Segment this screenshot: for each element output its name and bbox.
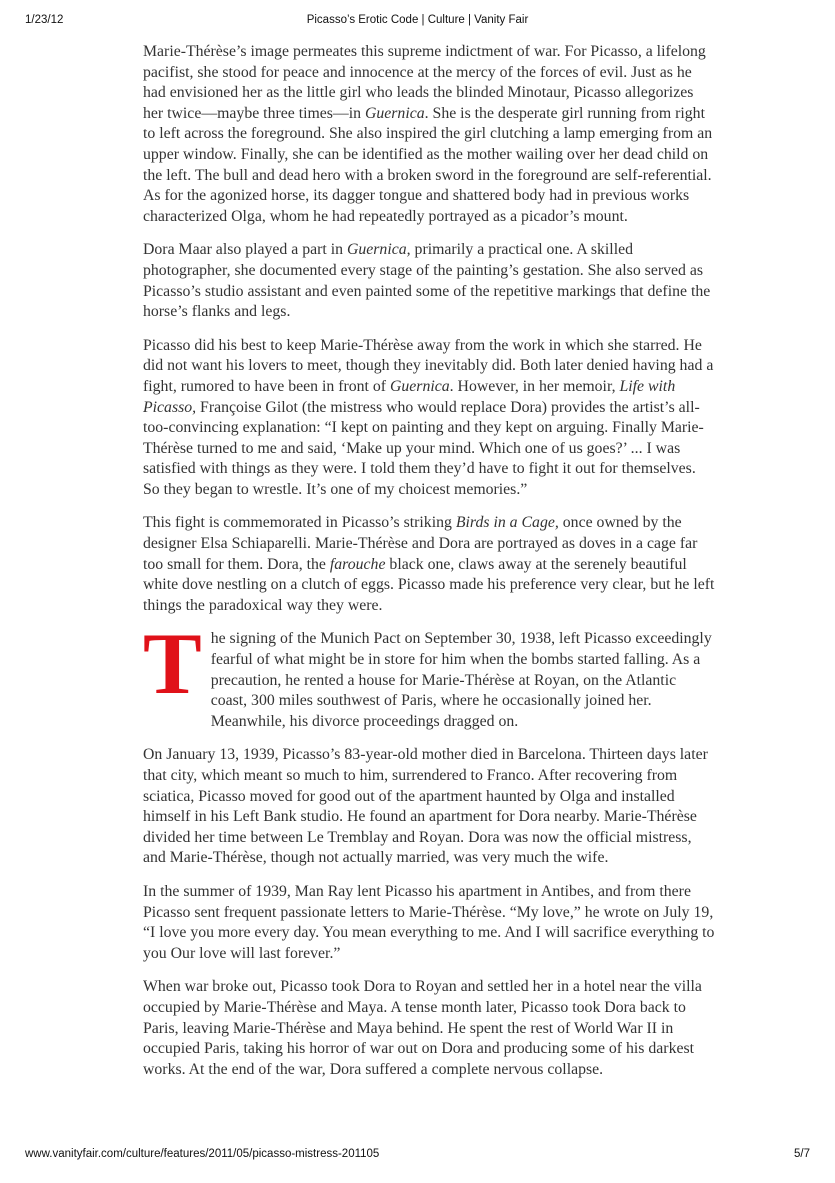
- article-paragraph: This fight is commemorated in Picasso’s …: [143, 513, 715, 616]
- text-segment: Françoise Gilot (the mistress who would …: [143, 399, 704, 498]
- italic-text-segment: farouche: [330, 556, 386, 573]
- header-title: Picasso’s Erotic Code | Culture | Vanity…: [25, 14, 810, 26]
- header-date: 1/23/12: [25, 14, 63, 26]
- article-paragraph: Dora Maar also played a part in Guernica…: [143, 240, 715, 322]
- italic-text-segment: Guernica,: [347, 241, 411, 258]
- text-segment: he signing of the Munich Pact on Septemb…: [211, 630, 712, 729]
- text-segment: . She is the desperate girl running from…: [143, 105, 712, 225]
- print-preview-page: 1/23/12 Picasso’s Erotic Code | Culture …: [0, 0, 835, 1183]
- article-paragraph: The signing of the Munich Pact on Septem…: [143, 629, 715, 732]
- italic-text-segment: Guernica: [365, 105, 425, 122]
- article-paragraph: Picasso did his best to keep Marie-Thérè…: [143, 336, 715, 501]
- text-segment: . However, in her memoir,: [450, 378, 620, 395]
- page-footer: www.vanityfair.com/culture/features/2011…: [25, 1148, 810, 1162]
- footer-page-number: 5/7: [794, 1148, 810, 1160]
- text-segment: This fight is commemorated in Picasso’s …: [143, 514, 456, 531]
- page-header: 1/23/12 Picasso’s Erotic Code | Culture …: [25, 14, 810, 30]
- italic-text-segment: Guernica: [390, 378, 450, 395]
- footer-url: www.vanityfair.com/culture/features/2011…: [25, 1148, 379, 1160]
- text-segment: In the summer of 1939, Man Ray lent Pica…: [143, 883, 714, 962]
- article-paragraph: On January 13, 1939, Picasso’s 83-year-o…: [143, 745, 715, 869]
- italic-text-segment: Birds in a Cage,: [456, 514, 559, 531]
- article-paragraph: When war broke out, Picasso took Dora to…: [143, 977, 715, 1080]
- article-paragraph: Marie-Thérèse’s image permeates this sup…: [143, 42, 715, 227]
- text-segment: Dora Maar also played a part in: [143, 241, 347, 258]
- article-body: Marie-Thérèse’s image permeates this sup…: [143, 42, 715, 1093]
- drop-cap-letter: T: [143, 632, 202, 714]
- text-segment: On January 13, 1939, Picasso’s 83-year-o…: [143, 746, 708, 866]
- article-paragraph: In the summer of 1939, Man Ray lent Pica…: [143, 882, 715, 964]
- text-segment: When war broke out, Picasso took Dora to…: [143, 978, 702, 1077]
